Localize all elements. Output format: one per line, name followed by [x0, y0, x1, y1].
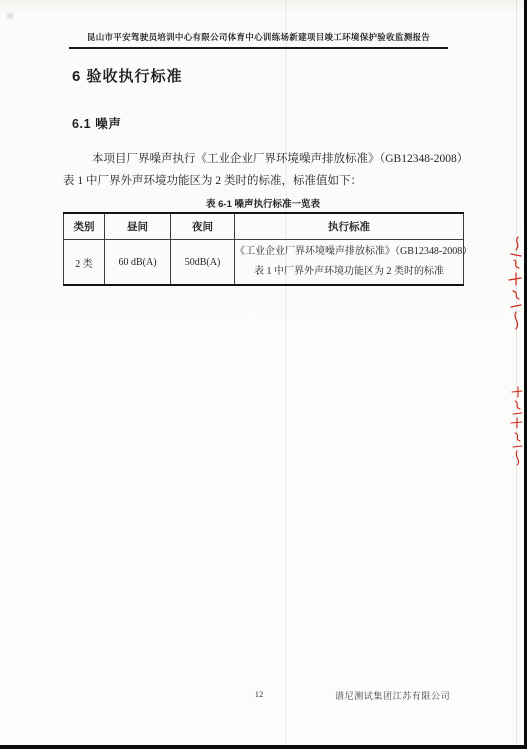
subsection-heading: 6.1 噪声	[72, 114, 121, 132]
paragraph-line: 表 1 中厂界外声环境功能区为 2 类时的标准，标准值如下：	[63, 170, 467, 192]
footer-page-number: 12	[248, 689, 270, 699]
cell-daytime-limit: 60 dB(A)	[105, 240, 171, 286]
scan-fold-line	[516, 0, 517, 749]
col-header-night: 夜间	[171, 213, 235, 240]
table-caption: 表 6-1 噪声执行标准一览表	[63, 196, 463, 210]
cell-category: 2 类	[64, 240, 105, 286]
section-heading: 6 验收执行标准	[72, 65, 183, 86]
cell-standard: 《工业企业厂界环境噪声排放标准》（GB12348-2008） 表 1 中厂界外声…	[235, 240, 464, 286]
scan-fold-line	[285, 0, 287, 749]
noise-standards-table: 类别 昼间 夜间 执行标准 2 类 60 dB(A) 50dB(A) 《工业企业…	[63, 212, 464, 286]
cell-night-limit: 50dB(A)	[171, 240, 235, 286]
body-paragraph: 本项目厂界噪声执行《工业企业厂界环境噪声排放标准》（GB12348-2008） …	[63, 148, 467, 192]
footer-company-name: 谱尼测试集团江苏有限公司	[335, 689, 460, 702]
red-stamp-fragment	[506, 385, 524, 472]
standard-line: 《工业企业厂界环境噪声排放标准》（GB12348-2008）	[235, 242, 463, 262]
table-header-row: 类别 昼间 夜间 执行标准	[64, 213, 464, 240]
col-header-category: 类别	[64, 213, 105, 240]
paragraph-line: 本项目厂界噪声执行《工业企业厂界环境噪声排放标准》（GB12348-2008）	[63, 148, 467, 170]
col-header-standard: 执行标准	[235, 213, 464, 240]
header-rule	[69, 47, 448, 49]
col-header-daytime: 昼间	[105, 213, 171, 240]
report-header-title: 昆山市平安驾驶员培训中心有限公司体育中心训练场新建项目竣工环境保护验收监测报告	[40, 31, 477, 43]
red-stamp-fragment	[503, 235, 524, 340]
table-row: 2 类 60 dB(A) 50dB(A) 《工业企业厂界环境噪声排放标准》（GB…	[64, 240, 464, 286]
standard-line: 表 1 中厂界外声环境功能区为 2 类时的标准	[235, 262, 463, 282]
scan-edge-shadow-bottom	[0, 745, 527, 749]
scanned-report-page: 昆山市平安驾驶员培训中心有限公司体育中心训练场新建项目竣工环境保护验收监测报告 …	[0, 0, 527, 749]
